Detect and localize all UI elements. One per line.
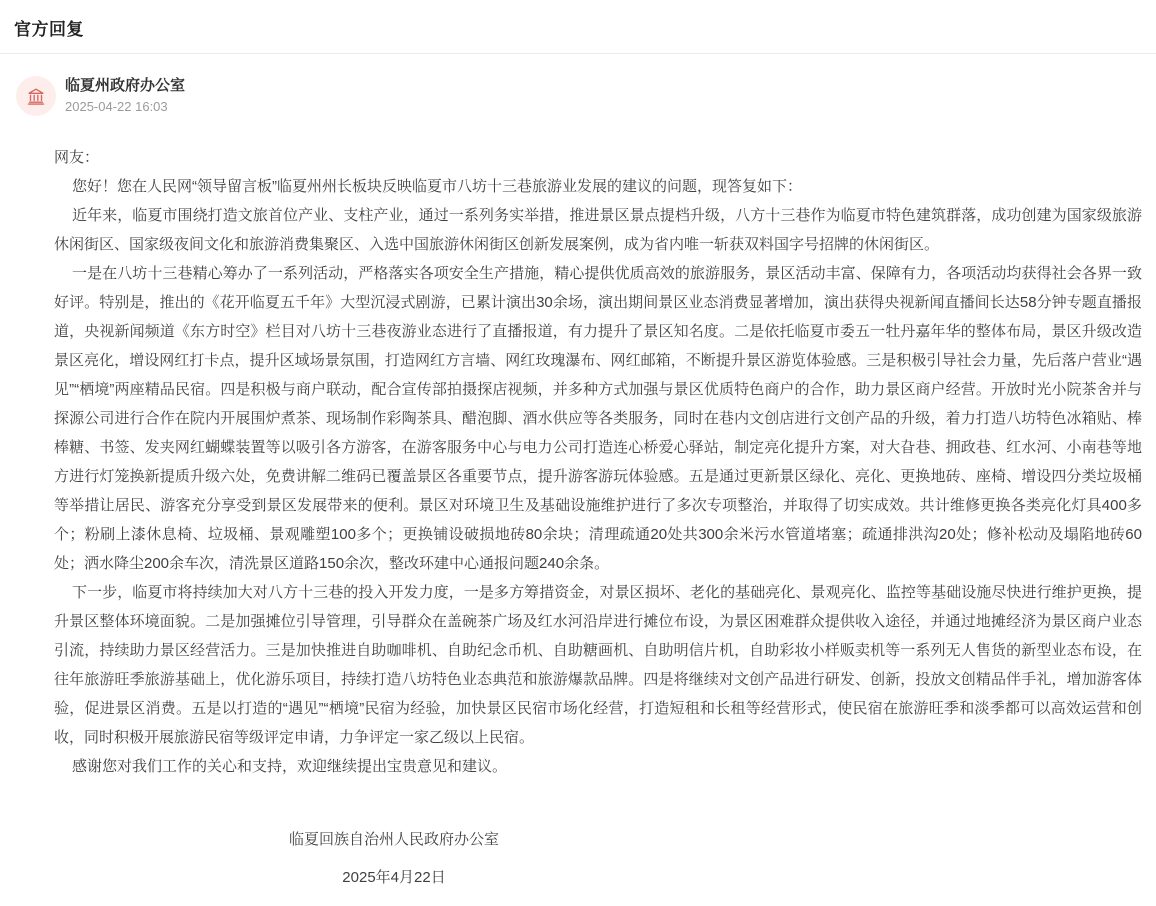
signature-date: 2025年4月22日 <box>54 863 734 892</box>
reply-paragraph: 您好！您在人民网“领导留言板”临夏州州长板块反映临夏市八坊十三巷旅游业发展的建议… <box>54 172 1142 201</box>
official-reply-card: 临夏州政府办公室 2025-04-22 16:03 网友：您好！您在人民网“领导… <box>0 54 1156 906</box>
avatar <box>16 76 56 116</box>
government-building-icon <box>25 85 47 107</box>
reply-body: 网友：您好！您在人民网“领导留言板”临夏州州长板块反映临夏市八坊十三巷旅游业发展… <box>54 143 1142 781</box>
reply-paragraph: 下一步，临夏市将持续加大对八方十三巷的投入开发力度，一是多方筹措资金，对景区损坏… <box>54 578 1142 752</box>
reply-timestamp: 2025-04-22 16:03 <box>65 99 185 115</box>
page-header: 官方回复 <box>0 0 1156 53</box>
reply-header: 临夏州政府办公室 2025-04-22 16:03 <box>16 76 1142 116</box>
reply-paragraph: 近年来，临夏市围绕打造文旅首位产业、支柱产业，通过一系列务实举措，推进景区景点提… <box>54 201 1142 259</box>
reply-paragraph: 一是在八坊十三巷精心筹办了一系列活动，严格落实各项安全生产措施，精心提供优质高效… <box>54 259 1142 578</box>
signature-block: 临夏回族自治州人民政府办公室 2025年4月22日 <box>54 825 734 906</box>
reply-paragraph: 感谢您对我们工作的关心和支持，欢迎继续提出宝贵意见和建议。 <box>54 752 1142 781</box>
author-name: 临夏州政府办公室 <box>65 77 185 96</box>
author-block: 临夏州政府办公室 2025-04-22 16:03 <box>65 77 185 115</box>
reply-paragraph: 网友： <box>54 143 1142 172</box>
signature-office: 临夏回族自治州人民政府办公室 <box>54 825 734 854</box>
page-title: 官方回复 <box>14 15 1140 40</box>
